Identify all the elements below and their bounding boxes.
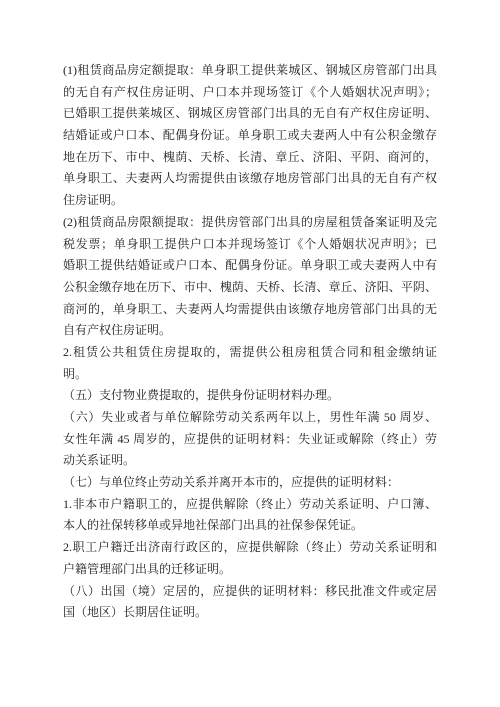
text-line: （五）支付物业费提取的，提供身份证明材料办理。 bbox=[63, 385, 437, 407]
text-line: 女性年满 45 周岁的，应提供的证明材料：失业证或解除（终止）劳 bbox=[63, 429, 437, 451]
text-line: 2.职工户籍迁出济南行政区的，应提供解除（终止）劳动关系证明和 bbox=[63, 537, 437, 559]
text-line: （六）失业或者与单位解除劳动关系两年以上，男性年满 50 周岁、 bbox=[63, 407, 437, 429]
text-line: 1.非本市户籍职工的，应提供解除（终止）劳动关系证明、户口簿、 bbox=[63, 494, 437, 516]
text-line: 国（地区）长期居住证明。 bbox=[63, 602, 437, 624]
text-line: 的无自有产权住房证明、户口本并现场签订《个人婚姻状况声明》； bbox=[63, 82, 437, 104]
text-line: （七）与单位终止劳动关系并离开本市的，应提供的证明材料： bbox=[63, 472, 437, 494]
text-line: 动关系证明。 bbox=[63, 450, 437, 472]
text-line: 本人的社保转移单或异地社保部门出具的社保参保凭证。 bbox=[63, 515, 437, 537]
document-body: (1)租赁商品房定额提取：单身职工提供莱城区、钢城区房管部门出具的无自有产权住房… bbox=[63, 60, 437, 624]
text-line: 单身职工、夫妻两人均需提供由该缴存地房管部门出具的无自有产权 bbox=[63, 168, 437, 190]
text-line: 商河的，单身职工、夫妻两人均需提供由该缴存地房管部门出具的无 bbox=[63, 299, 437, 321]
text-line: 地在历下、市中、槐荫、天桥、长清、章丘、济阳、平阴、商河的， bbox=[63, 147, 437, 169]
text-line: 公积金缴存地在历下、市中、槐荫、天桥、长清、章丘、济阳、平阴、 bbox=[63, 277, 437, 299]
text-line: 结婚证或户口本、配偶身份证。单身职工或夫妻两人中有公积金缴存 bbox=[63, 125, 437, 147]
document-page: (1)租赁商品房定额提取：单身职工提供莱城区、钢城区房管部门出具的无自有产权住房… bbox=[0, 0, 500, 707]
text-line: 已婚职工提供莱城区、钢城区房管部门出具的无自有产权住房证明、 bbox=[63, 103, 437, 125]
text-line: 明。 bbox=[63, 364, 437, 386]
text-line: 住房证明。 bbox=[63, 190, 437, 212]
text-line: 2.租赁公共租赁住房提取的，需提供公租房租赁合同和租金缴纳证 bbox=[63, 342, 437, 364]
text-line: 税发票；单身职工提供户口本并现场签订《个人婚姻状况声明》；已 bbox=[63, 234, 437, 256]
text-line: (2)租赁商品房限额提取：提供房管部门出具的房屋租赁备案证明及完 bbox=[63, 212, 437, 234]
text-line: 户籍管理部门出具的迁移证明。 bbox=[63, 559, 437, 581]
text-line: 自有产权住房证明。 bbox=[63, 320, 437, 342]
text-line: （八）出国（境）定居的，应提供的证明材料：移民批准文件或定居 bbox=[63, 581, 437, 603]
text-line: (1)租赁商品房定额提取：单身职工提供莱城区、钢城区房管部门出具 bbox=[63, 60, 437, 82]
text-line: 婚职工提供结婚证或户口本、配偶身份证。单身职工或夫妻两人中有 bbox=[63, 255, 437, 277]
